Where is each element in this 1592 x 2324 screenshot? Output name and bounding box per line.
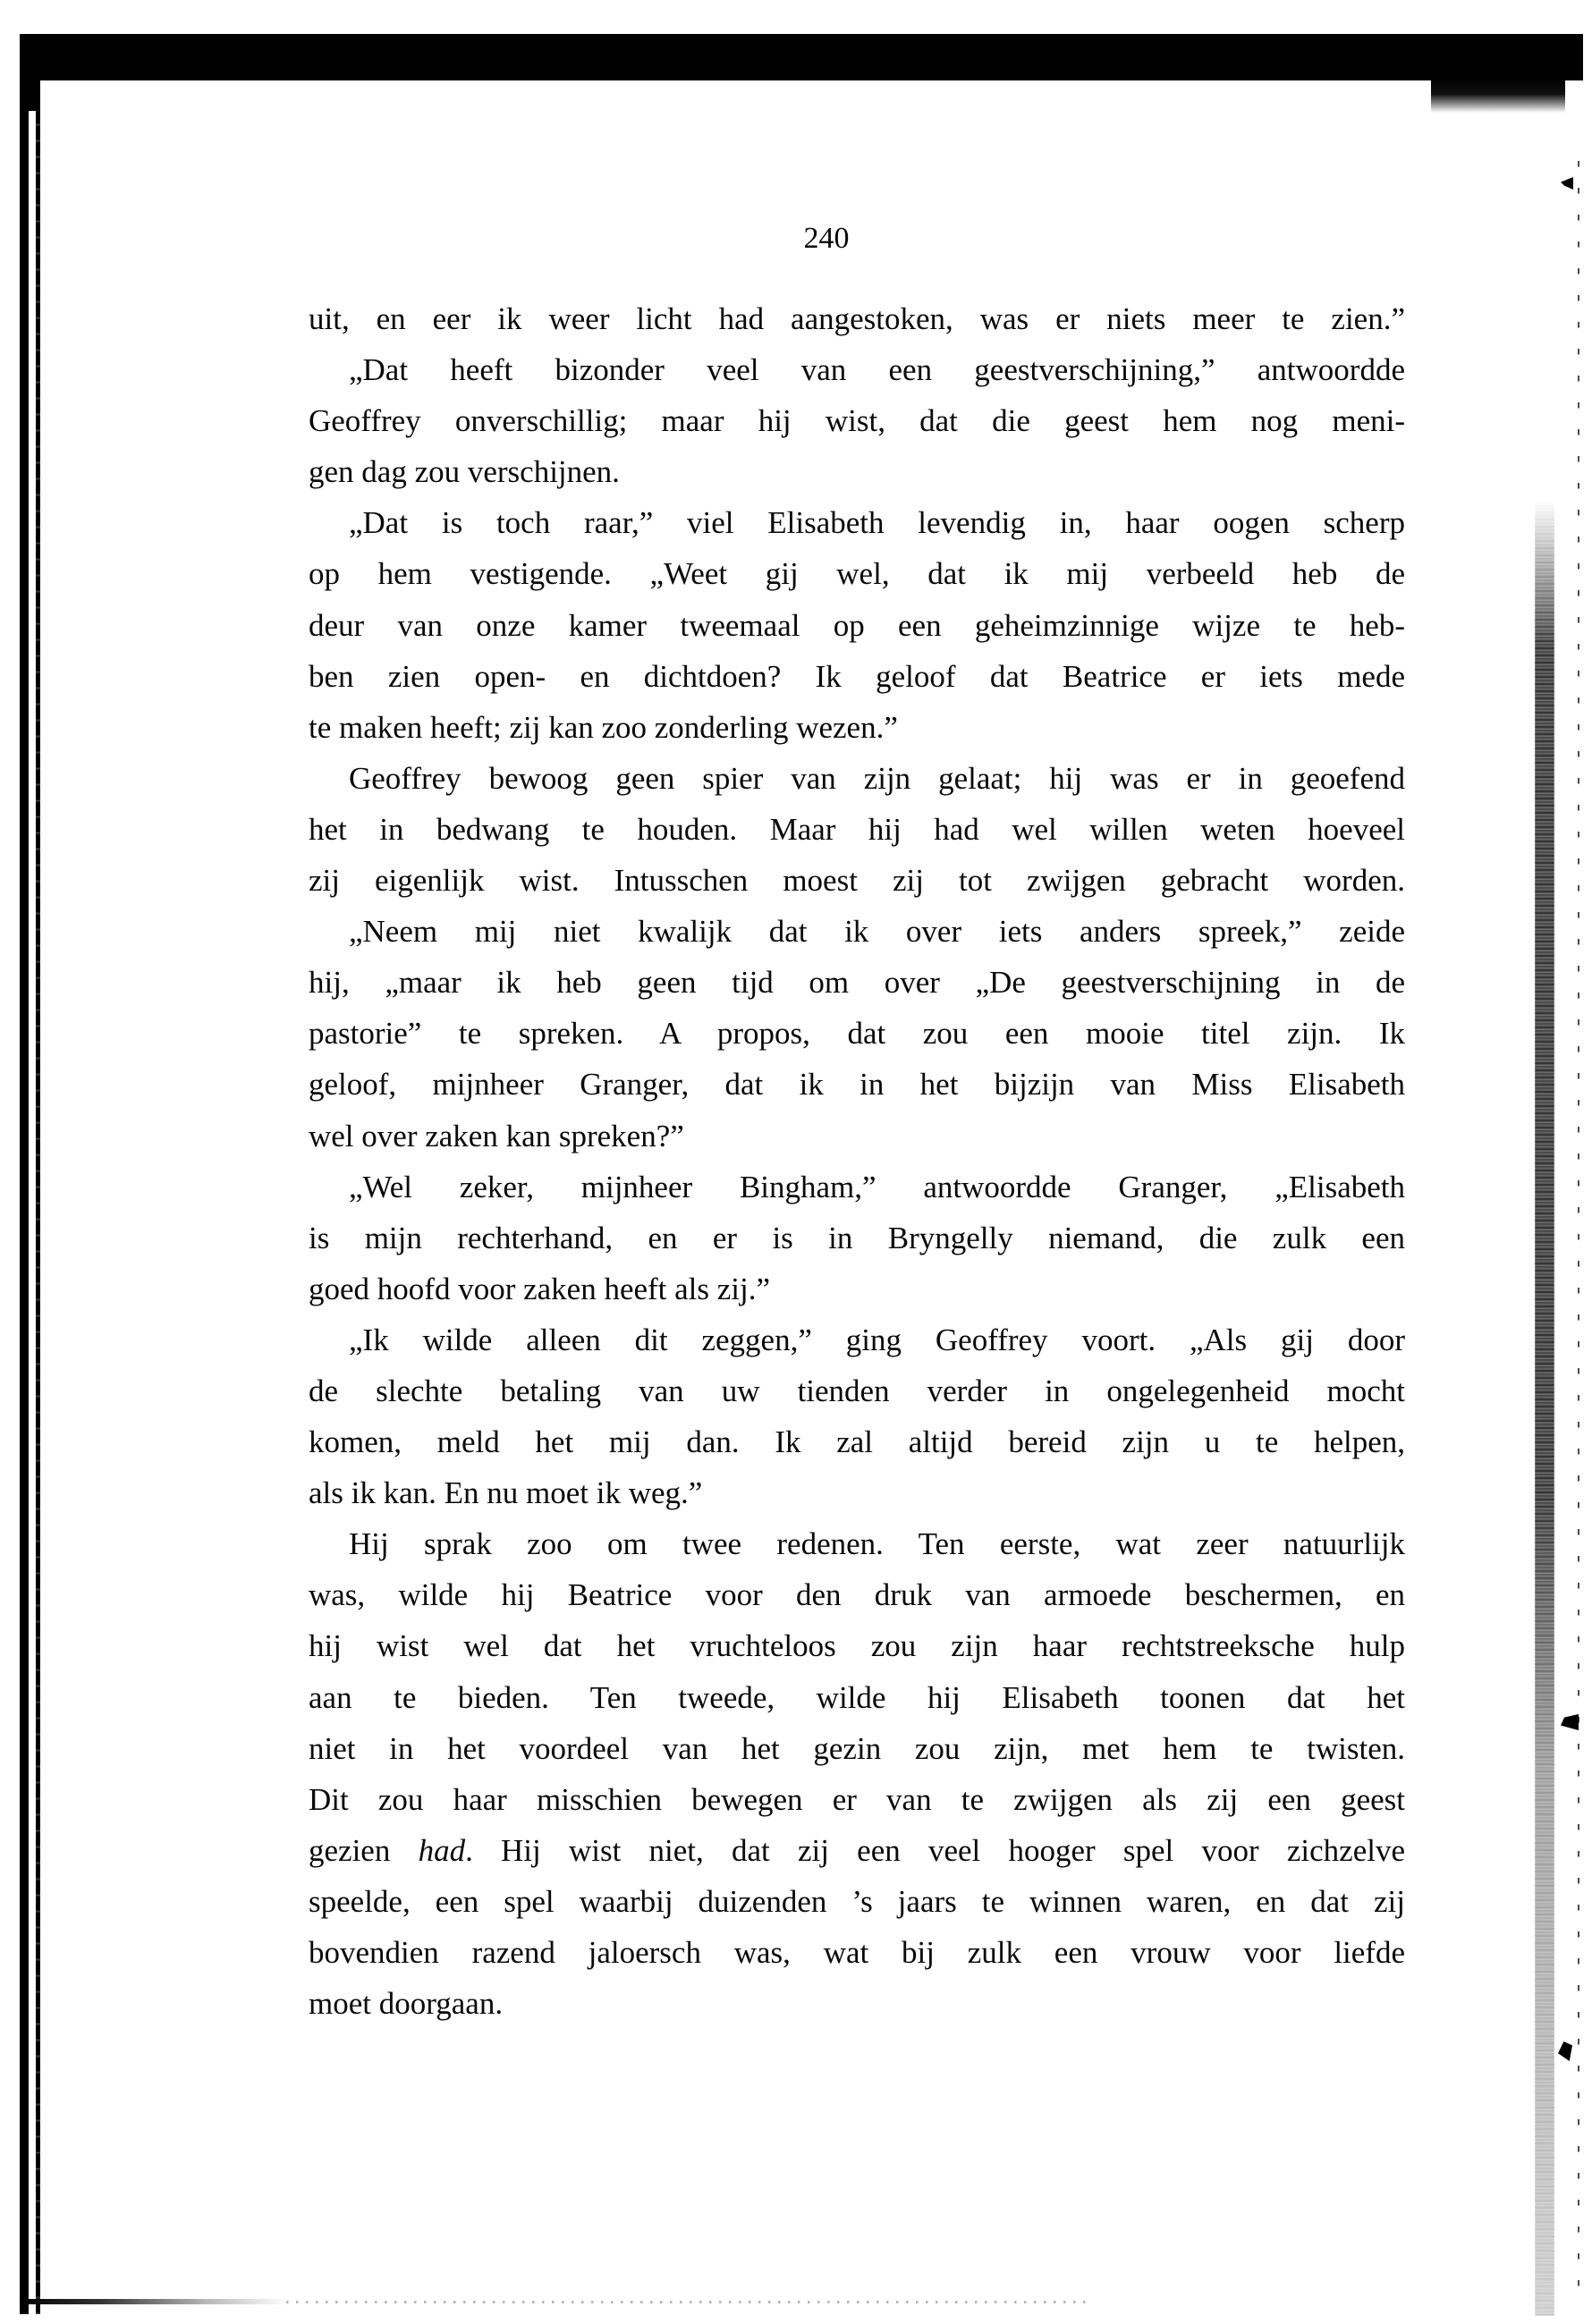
edge-mark [1558, 2041, 1572, 2061]
text-line: „Neem mij niet kwalijk dat ik over iets … [309, 906, 1405, 957]
text-line: moet doorgaan. [309, 1978, 1405, 2029]
text-line: Hij sprak zoo om twee redenen. Ten eerst… [309, 1518, 1405, 1569]
scan-border-left [20, 34, 29, 2314]
scan-border-corner [20, 34, 40, 111]
text-line: niet in het voordeel van het gezin zou z… [309, 1723, 1405, 1774]
text-line: hij wist wel dat het vruchteloos zou zij… [309, 1620, 1405, 1671]
text-line: „Dat is toch raar,” viel Elisabeth leven… [309, 497, 1405, 548]
text-line: gezien had. Hij wist niet, dat zij een v… [309, 1825, 1405, 1876]
scan-border-right [1578, 161, 1579, 2307]
text-line: ben zien open- en dichtdoen? Ik geloof d… [309, 651, 1405, 702]
text-line: Geoffrey bewoog geen spier van zijn gela… [309, 753, 1405, 804]
scan-border-bottom [20, 2299, 288, 2304]
text-line: zij eigenlijk wist. Intusschen moest zij… [309, 855, 1405, 906]
text-line: pastorie” te spreken. A propos, dat zou … [309, 1008, 1405, 1059]
text-line: deur van onze kamer tweemaal op een gehe… [309, 600, 1405, 651]
italic-emphasis: had [419, 1833, 466, 1868]
text-line: de slechte betaling van uw tienden verde… [309, 1365, 1405, 1416]
body-text: uit, en eer ik weer licht had aangestoke… [309, 293, 1405, 2029]
text-line: het in bedwang te houden. Maar hij had w… [309, 804, 1405, 855]
text-line: Geoffrey onverschillig; maar hij wist, d… [309, 395, 1405, 446]
edge-mark [1561, 1714, 1579, 1730]
text-line: aan te bieden. Ten tweede, wilde hij Eli… [309, 1672, 1405, 1723]
text-line: op hem vestigende. „Weet gij wel, dat ik… [309, 548, 1405, 599]
text-line: uit, en eer ik weer licht had aangestoke… [309, 293, 1405, 344]
text-line: was, wilde hij Beatrice voor den druk va… [309, 1569, 1405, 1620]
scan-border-left-inner [36, 79, 40, 2314]
text-line: te maken heeft; zij kan zoo zonderling w… [309, 702, 1405, 753]
text-line: speelde, een spel waarbij duizenden ’s j… [309, 1876, 1405, 1927]
text-line: bovendien razend jaloersch was, wat bij … [309, 1927, 1405, 1978]
page-number: 240 [30, 222, 1592, 256]
text-line: als ik kan. En nu moet ik weg.” [309, 1467, 1405, 1518]
text-line: Dit zou haar misschien bewegen er van te… [309, 1774, 1405, 1825]
text-line: „Ik wilde alleen dit zeggen,” ging Geoff… [309, 1314, 1405, 1365]
text-line: wel over zaken kan spreken?” [309, 1111, 1405, 1162]
text-line: goed hoofd voor zaken heeft als zij.” [309, 1263, 1405, 1314]
scan-border-top-shadow [1431, 79, 1565, 113]
text-line: hij, „maar ik heb geen tijd om over „De … [309, 957, 1405, 1008]
text-line: geloof, mijnheer Granger, dat ik in het … [309, 1059, 1405, 1110]
scan-border-top [20, 34, 1583, 80]
text-line: komen, meld het mij dan. Ik zal altijd b… [309, 1416, 1405, 1467]
text-line: is mijn rechterhand, en er is in Bryngel… [309, 1213, 1405, 1263]
text-line: „Dat heeft bizonder veel van een geestve… [309, 344, 1405, 395]
gutter-shadow [1535, 501, 1554, 2316]
text-line: „Wel zeker, mijnheer Bingham,” antwoordd… [309, 1162, 1405, 1213]
edge-mark [1561, 177, 1573, 190]
scan-bottom-speckle [286, 2301, 1091, 2303]
text-line: gen dag zou verschijnen. [309, 446, 1405, 497]
